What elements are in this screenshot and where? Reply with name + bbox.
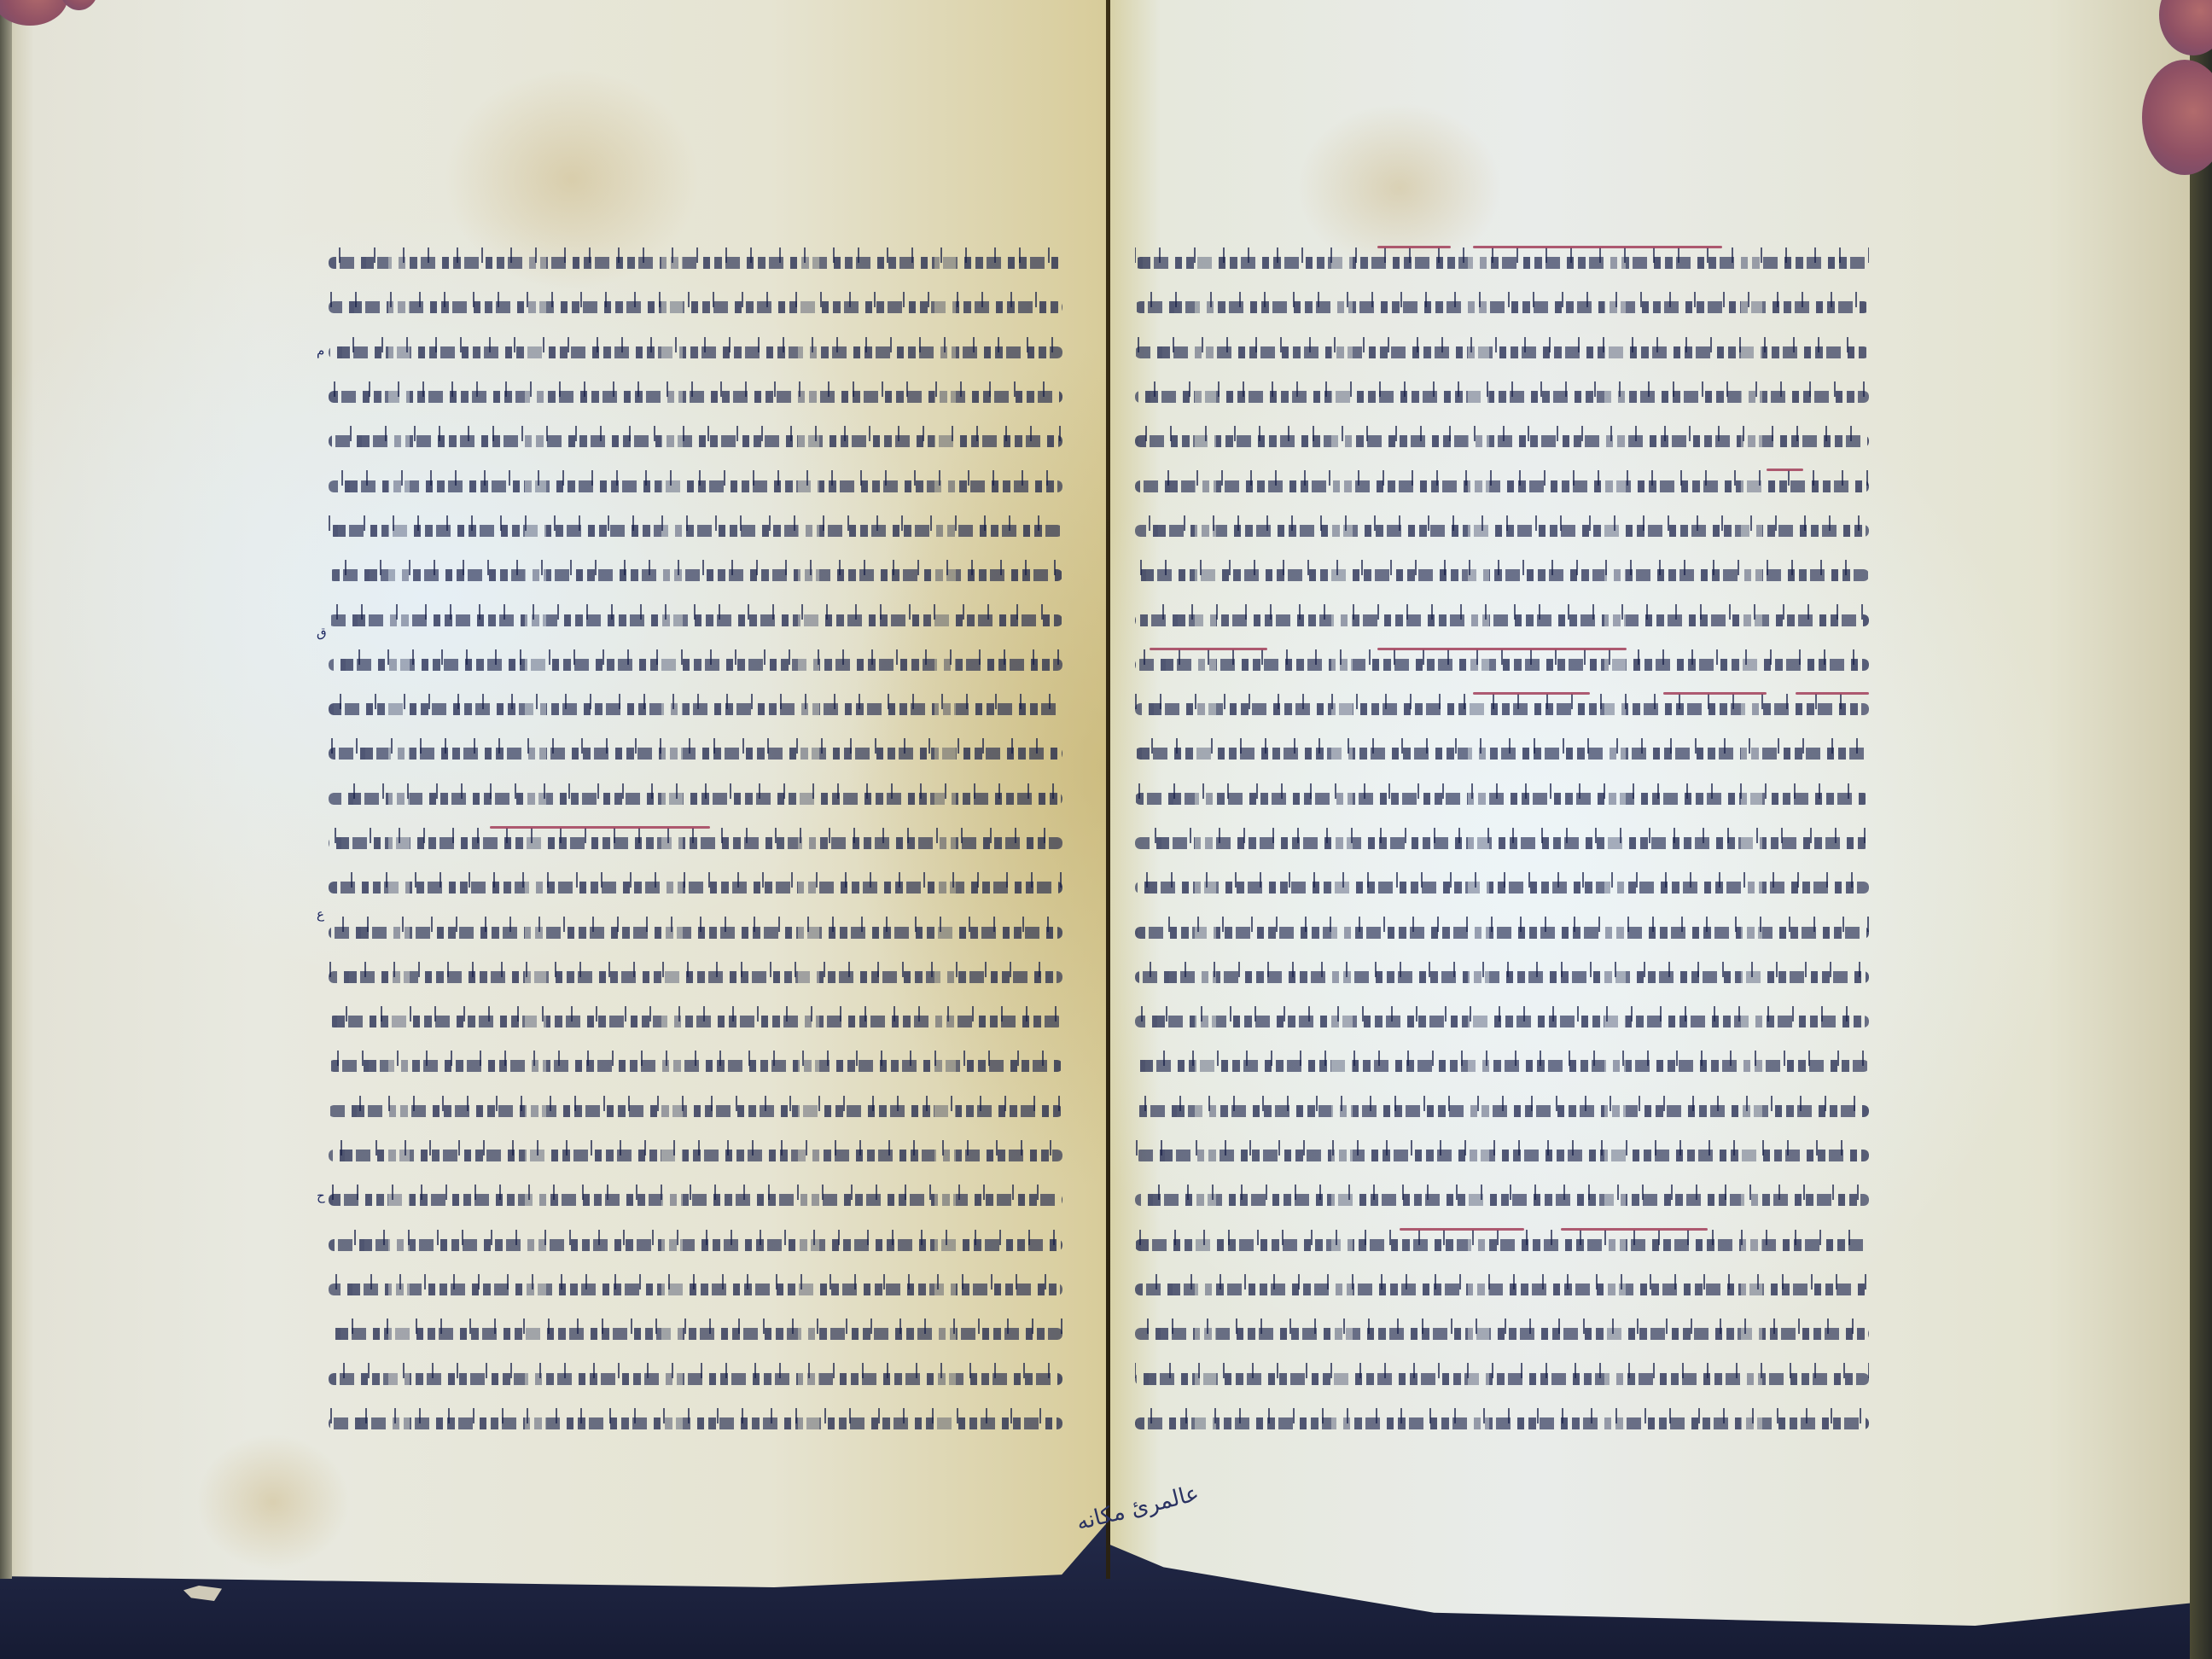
manuscript-line [1135,731,1869,776]
manuscript-line [329,597,1062,642]
manuscript-line [329,285,1062,329]
letter-ascenders [1135,828,1869,843]
manuscript-line [329,1133,1062,1178]
red-overline [1663,692,1766,695]
manuscript-line [1135,419,1869,463]
margin-note: ح [317,1188,325,1203]
letter-ascenders [1135,381,1869,397]
manuscript-line [329,777,1062,821]
letter-ascenders [1135,872,1869,888]
red-overline [1150,648,1267,650]
manuscript-line [329,463,1062,508]
letter-ascenders [329,1408,1062,1423]
letter-ascenders [329,694,1062,709]
manuscript-line [329,643,1062,687]
water-stain [196,1434,350,1570]
manuscript-line [1135,1401,1869,1446]
manuscript-line [1135,1044,1869,1088]
letter-ascenders [329,426,1062,441]
manuscript-line [1135,1133,1869,1178]
letter-ascenders [1135,1185,1869,1200]
letter-ascenders [329,783,1062,799]
book-cover-edge [2190,0,2212,1659]
letter-ascenders [329,604,1062,620]
red-overline [490,826,710,829]
letter-ascenders [1135,1274,1869,1289]
letter-ascenders [1135,247,1869,263]
letter-ascenders [1135,337,1869,352]
letter-ascenders [329,962,1062,977]
gutter-fold [1106,0,1110,1579]
manuscript-line [1135,1089,1869,1133]
manuscript-line [329,1089,1062,1133]
manuscript-line [1135,777,1869,821]
manuscript-line [1135,821,1869,865]
letter-ascenders [329,1051,1062,1066]
manuscript-line [1135,330,1869,375]
red-overline [1796,692,1869,695]
letter-ascenders [1135,1096,1869,1111]
manuscript-line [1135,865,1869,910]
red-overline [1473,246,1722,248]
manuscript-line [1135,1223,1869,1267]
letter-ascenders [1135,604,1869,620]
manuscript-line [329,553,1062,597]
letter-ascenders [329,515,1062,531]
letter-ascenders [1135,694,1869,709]
letter-ascenders [329,1274,1062,1289]
manuscript-line [1135,687,1869,731]
manuscript-line [329,999,1062,1044]
letter-ascenders [1135,1408,1869,1423]
letter-ascenders [1135,426,1869,441]
letter-ascenders [329,1363,1062,1378]
manuscript-line [329,687,1062,731]
letter-ascenders [1135,917,1869,932]
letter-ascenders [1135,1051,1869,1066]
left-page-edge [0,0,12,1579]
manuscript-line [1135,910,1869,954]
letter-ascenders [329,649,1062,665]
letter-ascenders [1135,1140,1869,1155]
letter-ascenders [1135,1006,1869,1022]
letter-ascenders [329,1230,1062,1245]
manuscript-line [1135,597,1869,642]
manuscript-line [1135,999,1869,1044]
manuscript-line [329,375,1062,419]
red-overline [1473,692,1591,695]
letter-ascenders [1135,1363,1869,1378]
letter-ascenders [1135,560,1869,575]
letter-ascenders [1135,292,1869,307]
manuscript-line [329,821,1062,865]
manuscript-line [329,1044,1062,1088]
manuscript-line [329,509,1062,553]
red-overline [1377,648,1627,650]
manuscript-line [1135,1356,1869,1400]
letter-ascenders [329,917,1062,932]
manuscript-line [1135,241,1869,285]
manuscript-line [329,1178,1062,1222]
left-page-text-block: مقعح [329,241,1062,1446]
manuscript-line [1135,1178,1869,1222]
letter-ascenders [1135,515,1869,531]
manuscript-line [1135,375,1869,419]
red-overline [1377,246,1451,248]
manuscript-line [329,241,1062,285]
letter-ascenders [329,292,1062,307]
manuscript-line [1135,553,1869,597]
margin-note: ق [317,625,327,640]
letter-ascenders [1135,1230,1869,1245]
letter-ascenders [329,1096,1062,1111]
manuscript-line [329,1401,1062,1446]
letter-ascenders [329,738,1062,754]
letter-ascenders [329,337,1062,352]
red-overline [1561,1228,1708,1231]
letter-ascenders [329,1185,1062,1200]
manuscript-line [1135,1267,1869,1312]
manuscript-line [1135,285,1869,329]
manuscript-line [1135,1312,1869,1356]
margin-note: ع [317,906,324,922]
letter-ascenders [1135,649,1869,665]
letter-ascenders [329,247,1062,263]
manuscript-line [329,1312,1062,1356]
manuscript-line [329,1356,1062,1400]
letter-ascenders [1135,470,1869,486]
manuscript-line [1135,955,1869,999]
manuscript-line [1135,643,1869,687]
manuscript-line [1135,509,1869,553]
letter-ascenders [329,1140,1062,1155]
letter-ascenders [329,1318,1062,1334]
manuscript-line [329,865,1062,910]
letter-ascenders [1135,783,1869,799]
manuscript-line [329,1267,1062,1312]
letter-ascenders [329,381,1062,397]
right-page-text-block [1135,241,1869,1446]
manuscript-line [329,955,1062,999]
letter-ascenders [329,828,1062,843]
letter-ascenders [1135,962,1869,977]
manuscript-line [329,1223,1062,1267]
manuscript-line [329,731,1062,776]
letter-ascenders [1135,738,1869,754]
manuscript-line [329,330,1062,375]
letter-ascenders [329,470,1062,486]
manuscript-line [1135,463,1869,508]
manuscript-scene: مقعح عالمرئ مكانه [0,0,2212,1659]
manuscript-line [329,910,1062,954]
margin-note: م [317,343,324,358]
manuscript-line [329,419,1062,463]
letter-ascenders [329,560,1062,575]
red-overline [1400,1228,1524,1231]
letter-ascenders [329,872,1062,888]
letter-ascenders [1135,1318,1869,1334]
letter-ascenders [329,1006,1062,1022]
